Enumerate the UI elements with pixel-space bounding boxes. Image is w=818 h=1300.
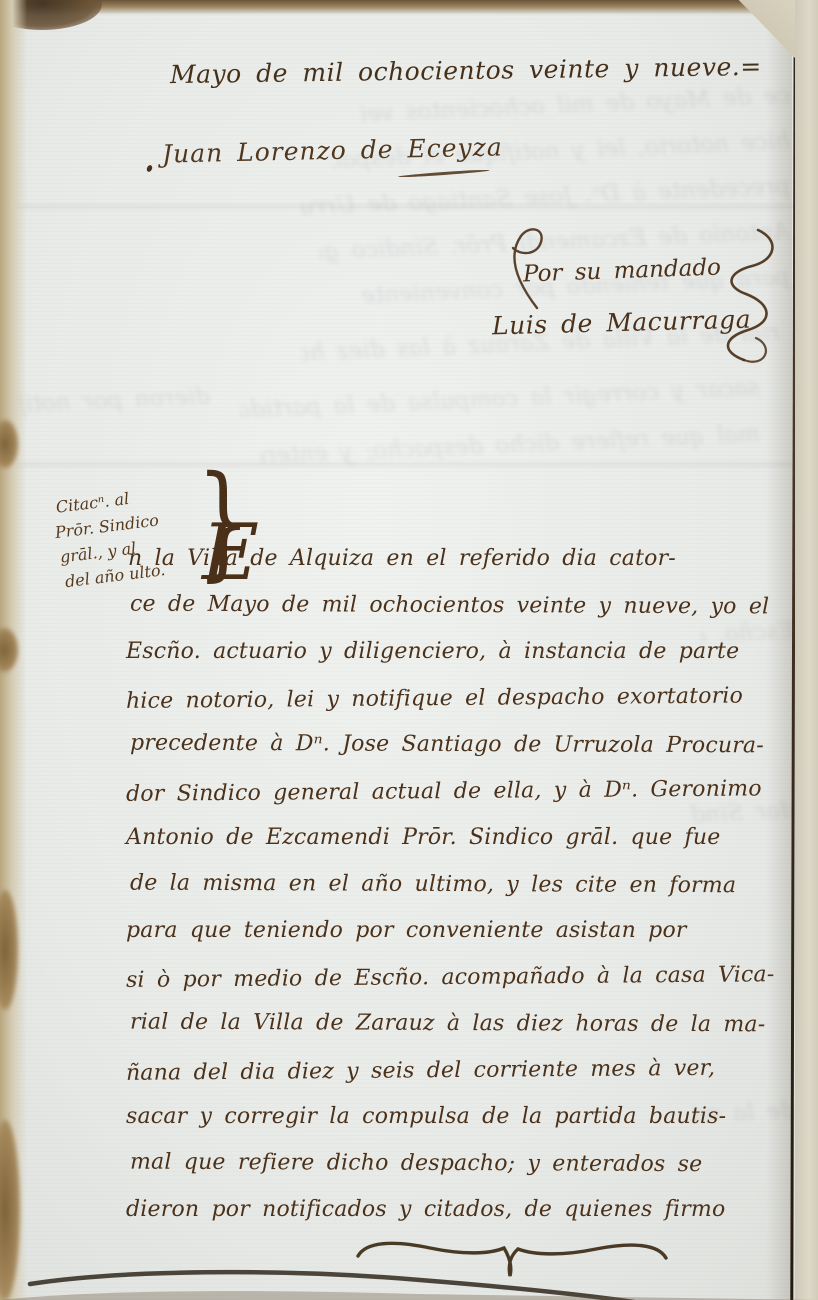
body-line: n la Villa de Alquiza en el referido dia… xyxy=(128,536,786,583)
body-line: dieron por notificados y citados, de qui… xyxy=(126,1187,786,1234)
torn-top-edge xyxy=(0,0,818,15)
bleedthrough-ghost-line: sacar y corregir la compulsa de la parti… xyxy=(240,375,761,424)
body-line: sacar y corregir la compulsa de la parti… xyxy=(126,1094,786,1141)
body-line: mal que refiere dicho despacho; y entera… xyxy=(130,1139,786,1188)
body-line: hice notorio, lei y notifique el despach… xyxy=(126,673,786,725)
fold-shadow xyxy=(766,0,792,1300)
body-line: rial de la Villa de Zarauz à las diez ho… xyxy=(130,1000,786,1049)
body-line: Antonio de Ezcamendi Prōr. Sindico grāl.… xyxy=(126,815,786,862)
body-line: para que teniendo por conveniente asista… xyxy=(126,908,786,955)
adjacent-page-sliver xyxy=(795,0,818,1300)
date-heading: Mayo de mil ochocientos veinte y nueve.= xyxy=(170,52,762,89)
bleedthrough-ghost-line: dieron por notificados y citados, de qui… xyxy=(0,383,210,418)
manuscript-page-scan: ce de Mayo de mil ochocientos veinte y n… xyxy=(0,0,818,1300)
bottom-page-curve xyxy=(0,1266,818,1300)
body-line: Escño. actuario y diligenciero, à instan… xyxy=(126,629,786,676)
pen-mark xyxy=(146,164,153,172)
body-line: ce de Mayo de mil ochocientos veinte y n… xyxy=(130,581,786,630)
bleedthrough-ghost-line: ce de Mayo de mil ochocientos veinte y n… xyxy=(360,83,791,128)
body-paragraph: E n la Villa de Alquiza en el referido d… xyxy=(126,536,786,1234)
body-line: precedente à Dⁿ. Jose Santiago de Urruzo… xyxy=(130,721,786,770)
body-line: dor Sindico general actual de ella, y à … xyxy=(126,766,786,818)
body-line: ñana del dia diez y seis del corriente m… xyxy=(126,1045,786,1097)
body-line: si ò por medio de Escño. acompañado à la… xyxy=(126,952,786,1004)
body-line: de la misma en el año ultimo, y les cite… xyxy=(130,860,786,909)
paper-crease xyxy=(0,204,818,209)
paper-crease xyxy=(0,462,818,467)
bleedthrough-ghost-line: precedente à Dⁿ. Jose Santiago de Urruzo… xyxy=(300,173,791,220)
